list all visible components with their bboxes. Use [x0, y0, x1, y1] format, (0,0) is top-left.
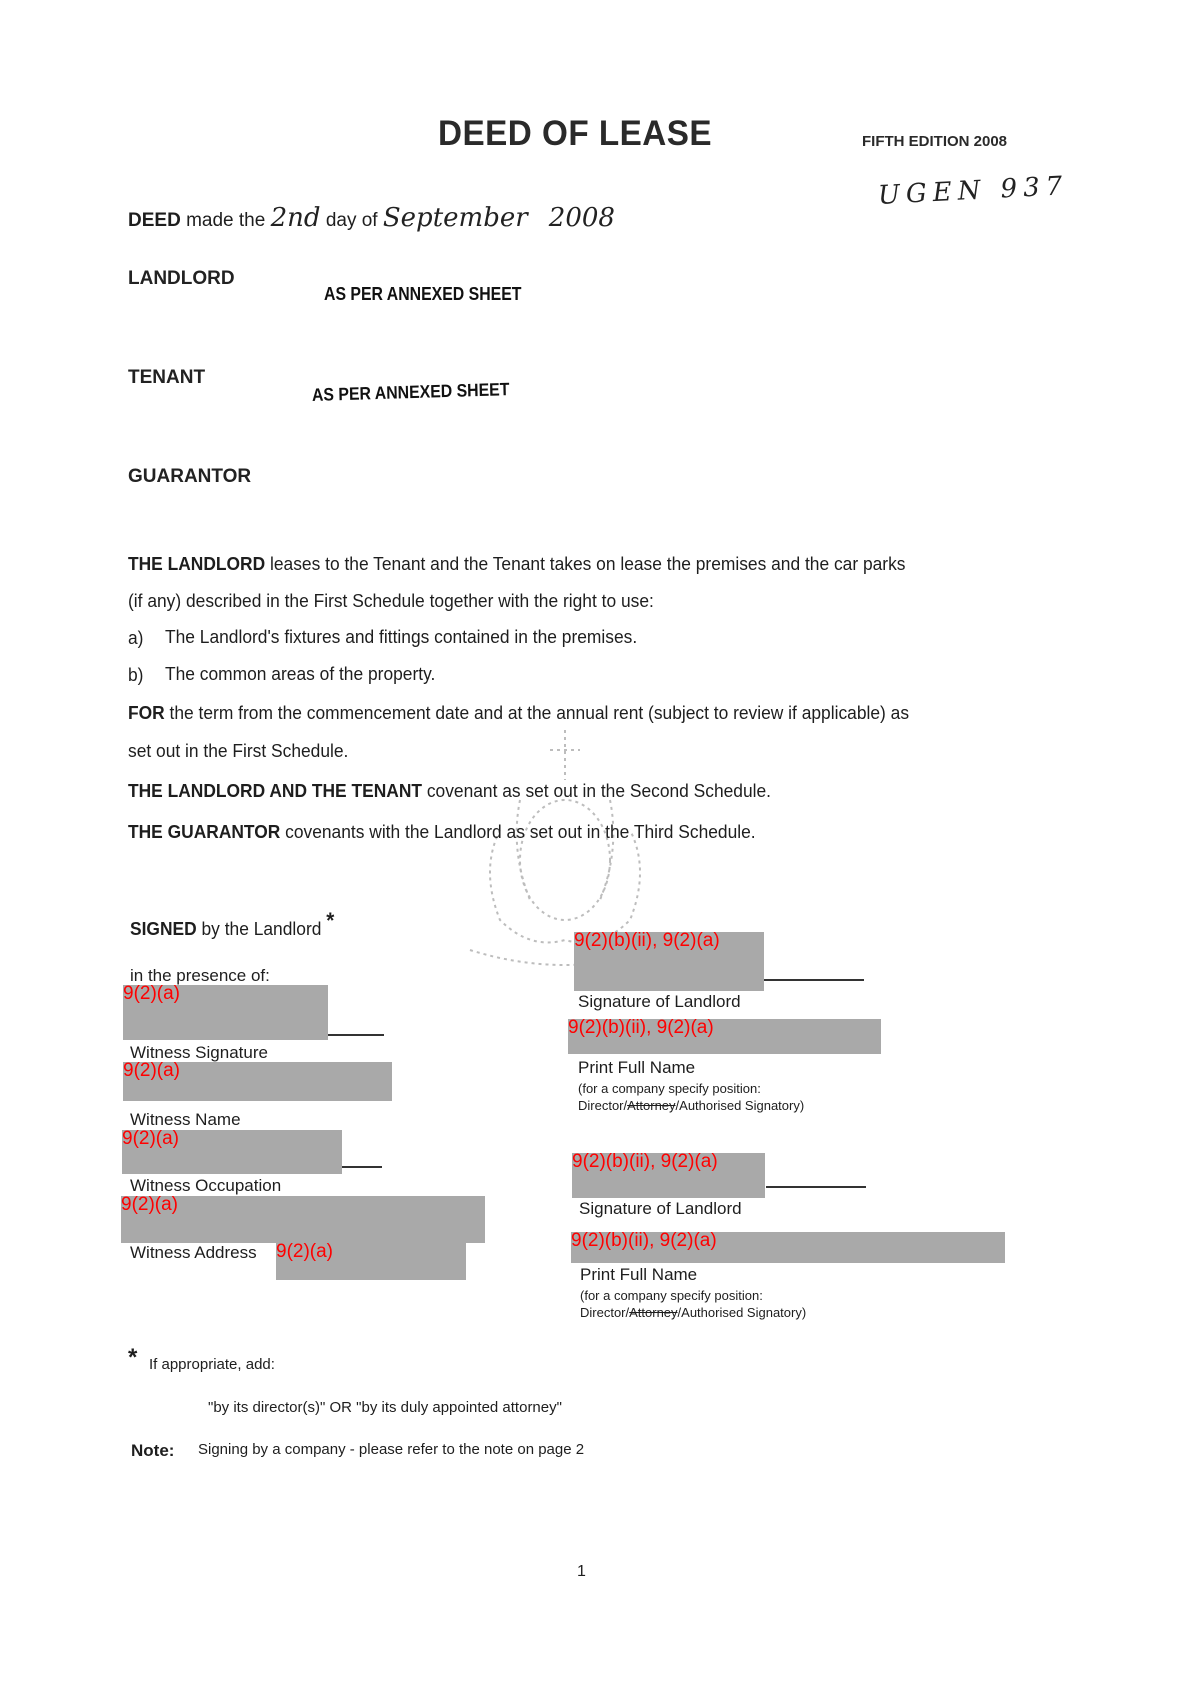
redaction-witness-name: 9(2)(a) [123, 1062, 392, 1101]
handwritten-day: 2nd [271, 203, 321, 233]
day-of-text: day of [326, 210, 378, 231]
company-note-1: (for a company specify position: [578, 1081, 761, 1096]
company-note-2: Director/Attorney/Authorised Signatory) [578, 1098, 804, 1113]
signature-of-landlord-label-2: Signature of Landlord [579, 1199, 742, 1219]
list-marker-a: a) [128, 627, 143, 649]
guarantor-label: GUARANTOR [128, 466, 251, 488]
landlord-signature-line-1 [764, 979, 864, 981]
landlord-label: LANDLORD [128, 268, 235, 290]
witness-address-label: Witness Address [130, 1243, 257, 1263]
page-number: 1 [577, 1563, 586, 1581]
note-label: Note: [131, 1441, 174, 1461]
document-title: DEED OF LEASE [438, 114, 712, 154]
list-item-a: The Landlord's fixtures and fittings con… [165, 626, 637, 648]
redaction-landlord-signature-1: 9(2)(b)(ii), 9(2)(a) [574, 932, 764, 991]
signed-by-landlord: SIGNED by the Landlord * [130, 908, 334, 940]
covenant-paragraph: THE LANDLORD AND THE TENANT covenant as … [128, 780, 771, 802]
company-note-1b: (for a company specify position: [580, 1288, 763, 1303]
print-full-name-label-1: Print Full Name [578, 1058, 695, 1078]
footnote-asterisk: * [128, 1344, 137, 1372]
witness-occupation-label: Witness Occupation [130, 1176, 281, 1196]
landlord-value-stamp: AS PER ANNEXED SHEET [324, 284, 521, 305]
redaction-witness-address: 9(2)(a) [276, 1243, 466, 1280]
term-paragraph-line-2: set out in the First Schedule. [128, 740, 348, 762]
term-paragraph-line-1: FOR the term from the commencement date … [128, 702, 909, 724]
tenant-value-stamp: AS PER ANNEXED SHEET [312, 379, 510, 406]
witness-name-label: Witness Name [130, 1110, 241, 1130]
if-appropriate-text: If appropriate, add: [149, 1356, 275, 1373]
handwritten-year: 2008 [549, 203, 615, 233]
made-the-text: made the [186, 210, 265, 231]
deed-date-line: DEED made the 2nd day of September 2008 [128, 203, 615, 233]
attorney-options-text: "by its director(s)" OR "by its duly app… [208, 1399, 562, 1416]
landlord-signature-line-2 [766, 1186, 866, 1188]
witness-signature-line [327, 1034, 384, 1036]
print-full-name-label-2: Print Full Name [580, 1265, 697, 1285]
handwritten-reference: UGEN 937 [877, 171, 1069, 211]
redaction-landlord-name-1: 9(2)(b)(ii), 9(2)(a) [568, 1019, 881, 1054]
redaction-witness-occupation: 9(2)(a) [122, 1130, 342, 1174]
list-item-b: The common areas of the property. [165, 663, 435, 685]
edition-label: FIFTH EDITION 2008 [862, 133, 1007, 150]
redaction-witness-occupation-2: 9(2)(a) [121, 1196, 485, 1243]
signature-of-landlord-label-1: Signature of Landlord [578, 992, 741, 1012]
redaction-landlord-signature-2: 9(2)(b)(ii), 9(2)(a) [572, 1153, 765, 1198]
guarantor-paragraph: THE GUARANTOR covenants with the Landlor… [128, 821, 756, 843]
redaction-landlord-name-2: 9(2)(b)(ii), 9(2)(a) [571, 1232, 1005, 1263]
tenant-label: TENANT [128, 367, 205, 389]
lease-paragraph-line-2: (if any) described in the First Schedule… [128, 590, 654, 612]
company-note-2b: Director/Attorney/Authorised Signatory) [580, 1305, 806, 1320]
note-text: Signing by a company - please refer to t… [198, 1441, 584, 1458]
deed-label: DEED [128, 210, 181, 231]
lease-paragraph-line-1: THE LANDLORD leases to the Tenant and th… [128, 553, 905, 575]
witness-occupation-line [340, 1166, 382, 1168]
redaction-witness-signature: 9(2)(a) [123, 985, 328, 1040]
list-marker-b: b) [128, 664, 143, 686]
handwritten-month: September [383, 203, 528, 233]
